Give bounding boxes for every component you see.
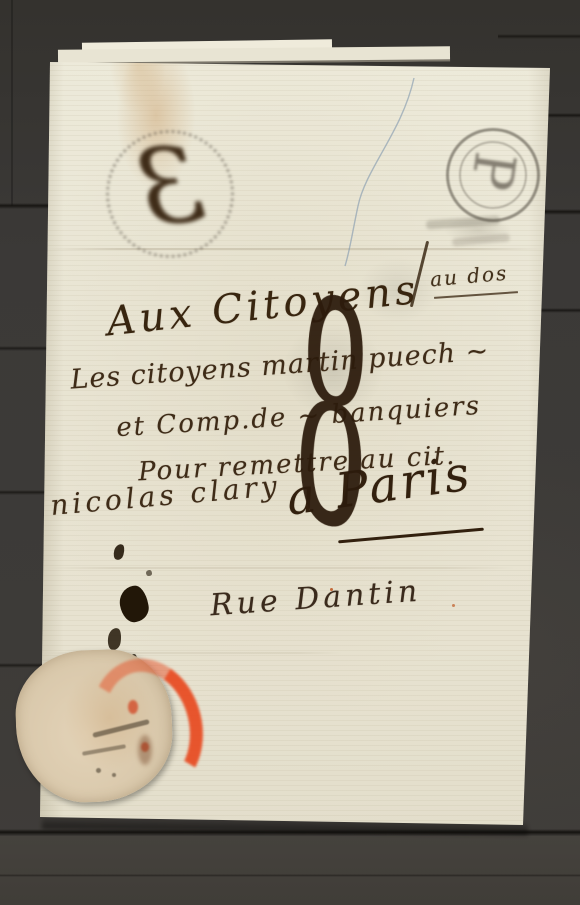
postmark-letter: P [461, 148, 522, 193]
pen-scribble [112, 773, 116, 777]
ink-blot [146, 570, 152, 576]
pen-scribble [96, 768, 101, 773]
background-plank [0, 836, 580, 905]
postmark-numeral: 3 [131, 132, 208, 243]
postmark-circle-right: P [446, 128, 540, 222]
wood-groove [0, 874, 580, 877]
wood-groove [498, 34, 580, 39]
photo-of-letter: 3 P au dos Aux Citoyens Les citoyens mar… [0, 0, 580, 905]
wood-groove [0, 663, 42, 668]
wax-shadow [138, 735, 152, 765]
wood-groove [0, 490, 52, 495]
annotation-au-dos: au dos [429, 263, 509, 290]
crease-line [44, 567, 514, 569]
crease-line [46, 248, 544, 250]
rust-speck [330, 588, 333, 591]
postage-due-numeral: 8 [290, 282, 376, 552]
wax-speck [128, 700, 138, 714]
rust-speck [452, 604, 455, 607]
sheet-edge [58, 46, 450, 64]
wood-seam [11, 0, 13, 206]
